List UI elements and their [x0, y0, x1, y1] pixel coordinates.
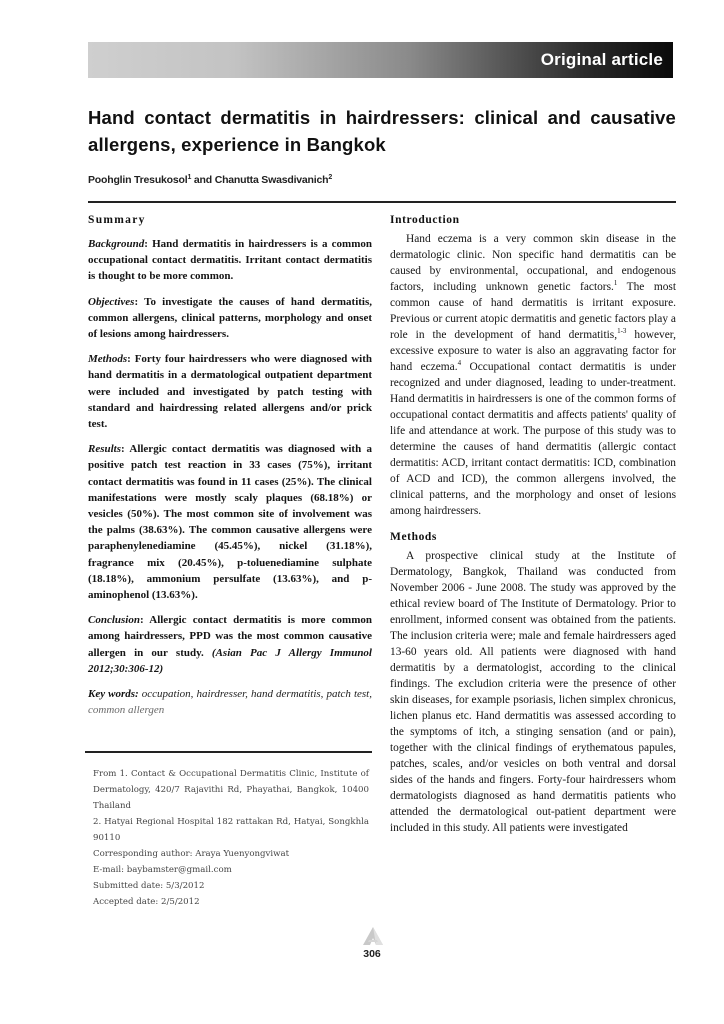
abstract-results: Results: Allergic contact dermatitis was…: [88, 441, 372, 603]
summary-column: Summary Background: Hand dermatitis in h…: [88, 214, 372, 718]
keywords-label: Key words:: [88, 688, 139, 700]
keywords-last-term: common allergen: [88, 704, 164, 716]
journal-logo-icon: [363, 927, 383, 945]
author-name: Chanutta Swasdivanich: [215, 174, 329, 186]
introduction-heading: Introduction: [390, 214, 676, 230]
accepted-date: Accepted date: 2/5/2012: [93, 894, 369, 910]
abstract-conclusion: Conclusion: Allergic contact dermatitis …: [88, 612, 372, 677]
introduction-paragraph: Hand eczema is a very common skin diseas…: [390, 231, 676, 519]
submitted-date: Submitted date: 5/3/2012: [93, 878, 369, 894]
author-name: Poohglin Tresukosol: [88, 174, 187, 186]
results-label: Results: [88, 443, 121, 455]
affiliation-2: 2. Hatyai Regional Hospital 182 rattakan…: [93, 814, 369, 846]
keywords: Key words: occupation, hairdresser, hand…: [88, 686, 372, 718]
author-joiner: and: [191, 174, 215, 186]
article-type-label: Original article: [541, 50, 663, 70]
abstract-background: Background: Hand dermatitis in hairdress…: [88, 236, 372, 285]
affiliation-1: From 1. Contact & Occupational Dermatiti…: [93, 766, 369, 814]
article-type-banner: Original article: [88, 42, 673, 78]
abstract-objectives: Objectives: To investigate the causes of…: [88, 294, 372, 343]
body-column: Introduction Hand eczema is a very commo…: [390, 214, 676, 848]
affiliations-block: From 1. Contact & Occupational Dermatiti…: [93, 766, 369, 910]
methods-label: Methods: [88, 353, 127, 365]
summary-heading: Summary: [88, 214, 372, 230]
author-line: Poohglin Tresukosol1 and Chanutta Swasdi…: [88, 174, 332, 186]
methods-heading: Methods: [390, 531, 676, 547]
intro-text: Occupational contact dermatitis is under…: [390, 361, 676, 517]
conclusion-label: Conclusion: [88, 614, 140, 626]
article-title: Hand contact dermatitis in hairdressers:…: [88, 104, 676, 158]
corresponding-author: Corresponding author: Araya Yuenyongviwa…: [93, 846, 369, 862]
affiliation-mark: 2: [328, 174, 332, 181]
affiliation-divider: [85, 751, 372, 753]
methods-text: : Forty four hairdressers who were diagn…: [88, 353, 372, 430]
methods-paragraph: A prospective clinical study at the Inst…: [390, 548, 676, 836]
objectives-label: Objectives: [88, 296, 134, 308]
header-divider: [88, 201, 676, 203]
abstract-methods: Methods: Forty four hairdressers who wer…: [88, 351, 372, 432]
results-text: : Allergic contact dermatitis was diagno…: [88, 443, 372, 601]
page-number: 306: [356, 948, 388, 960]
keywords-terms: occupation, hairdresser, hand dermatitis…: [139, 688, 372, 700]
author-email: E-mail: baybamster@gmail.com: [93, 862, 369, 878]
background-label: Background: [88, 238, 144, 250]
